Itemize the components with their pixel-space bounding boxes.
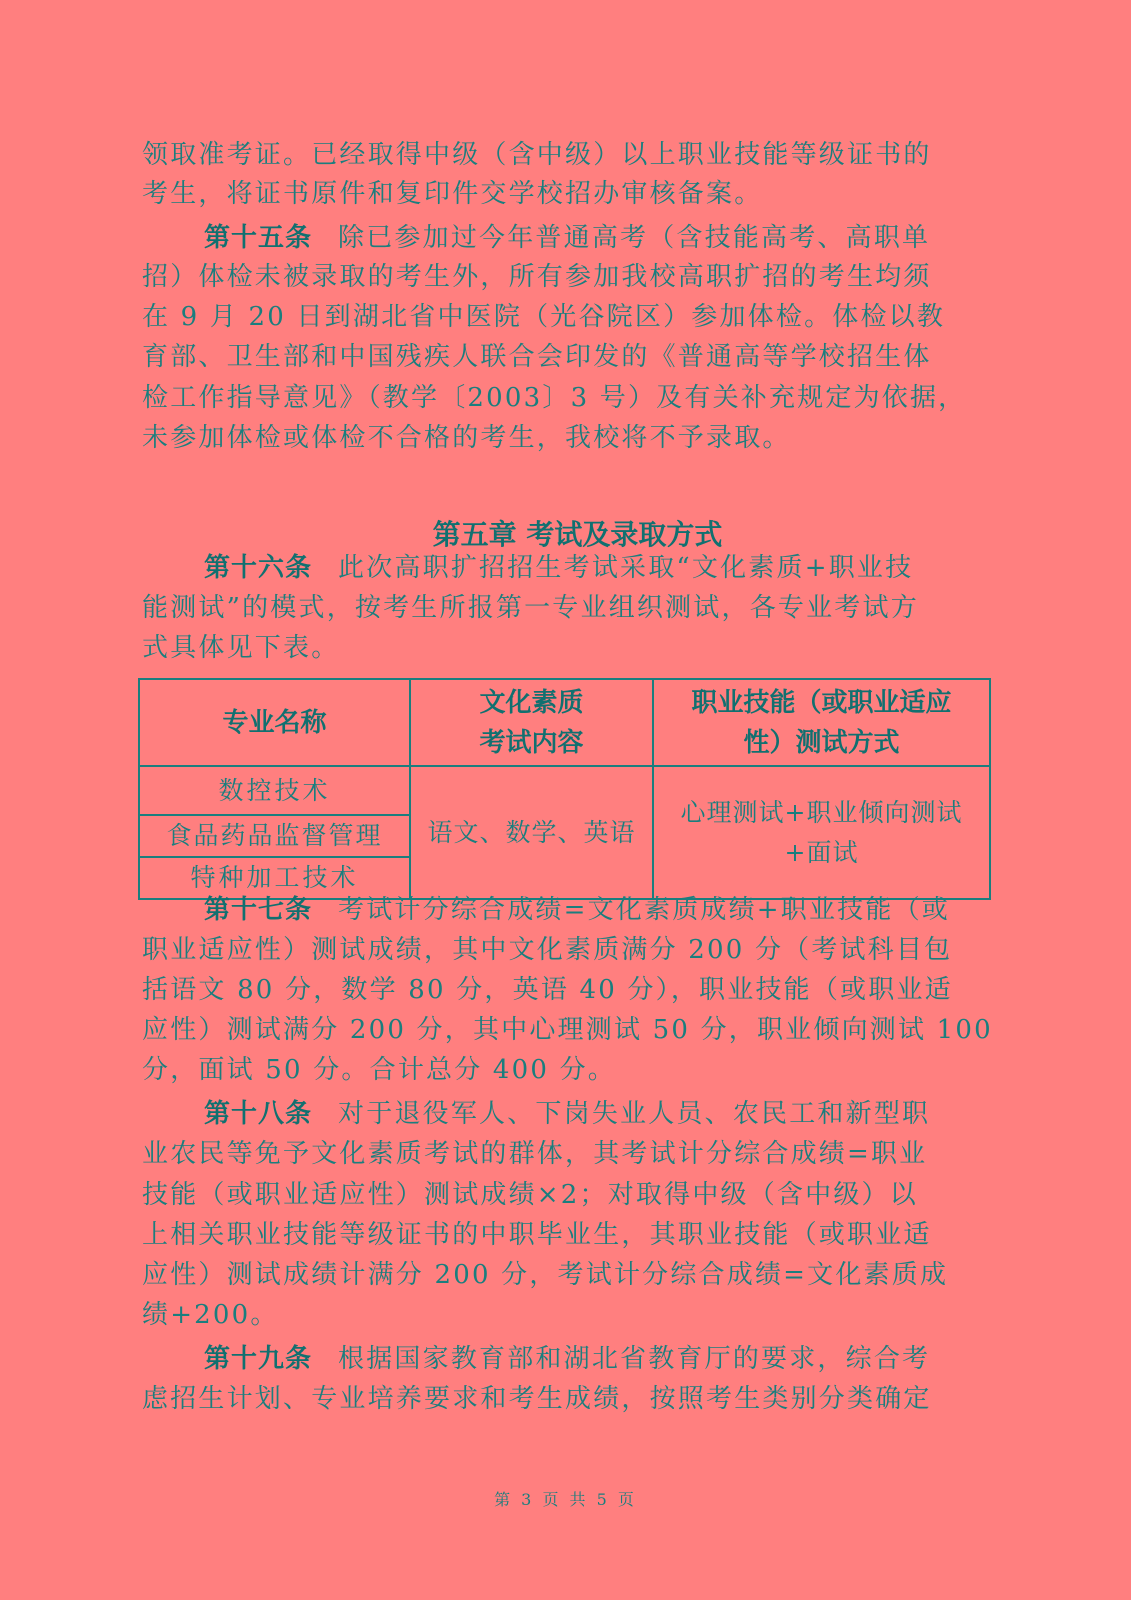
paragraph-line: 技能（或职业适应性）测试成绩×2；对取得中级（含中级）以 (142, 1180, 992, 1210)
article-17-text: 考试计分综合成绩=文化素质成绩+职业技能（或 (338, 895, 950, 925)
paragraph-line: 领取准考证。已经取得中级（含中级）以上职业技能等级证书的 (142, 140, 992, 170)
article-17-label: 第十七条 (204, 895, 312, 925)
chapter-title: 第五章 考试及录取方式 (0, 518, 1131, 552)
article-19-first-line: 第十九条根据国家教育部和湖北省教育厅的要求，综合考 (204, 1344, 1054, 1374)
paragraph-line: 检工作指导意见》（教学〔2003〕3 号）及有关补充规定为依据， (142, 383, 992, 413)
paragraph-line: 能测试”的模式，按考生所报第一专业组织测试，各专业考试方 (142, 593, 992, 623)
article-16-label: 第十六条 (204, 553, 312, 583)
header-culture-exam: 文化素质 考试内容 (410, 679, 653, 766)
paragraph-line: 应性）测试成绩计满分 200 分，考试计分综合成绩=文化素质成 (142, 1260, 992, 1290)
paragraph-line: 绩+200。 (142, 1300, 992, 1330)
article-16-text: 此次高职扩招招生考试采取“文化素质+职业技 (338, 553, 913, 583)
table-row: 数控技术 语文、数学、英语 心理测试+职业倾向测试 +面试 (139, 766, 990, 815)
paragraph-line: 在 9 月 20 日到湖北省中医院（光谷院区）参加体检。体检以教 (142, 302, 992, 332)
article-18-text: 对于退役军人、下岗失业人员、农民工和新型职 (338, 1099, 930, 1129)
paragraph-line: 职业适应性）测试成绩，其中文化素质满分 200 分（考试科目包 (142, 935, 992, 965)
article-18-first-line: 第十八条对于退役军人、下岗失业人员、农民工和新型职 (204, 1099, 1054, 1129)
paragraph-line: 育部、卫生部和中国残疾人联合会印发的《普通高等学校招生体 (142, 342, 992, 372)
paragraph-line: 业农民等免予文化素质考试的群体，其考试计分综合成绩=职业 (142, 1139, 992, 1169)
header-skill-test: 职业技能（或职业适应 性）测试方式 (653, 679, 990, 766)
major-cell: 食品药品监督管理 (139, 815, 410, 857)
paragraph-line: 虑招生计划、专业培养要求和考生成绩，按照考生类别分类确定 (142, 1384, 992, 1414)
article-17-first-line: 第十七条考试计分综合成绩=文化素质成绩+职业技能（或 (204, 895, 1054, 925)
document-page: 领取准考证。已经取得中级（含中级）以上职业技能等级证书的 考生，将证书原件和复印… (0, 0, 1131, 1600)
article-15-text: 除已参加过今年普通高考（含技能高考、高职单 (338, 223, 930, 253)
paragraph-line: 分，面试 50 分。合计总分 400 分。 (142, 1055, 992, 1085)
paragraph-line: 应性）测试满分 200 分，其中心理测试 50 分，职业倾向测试 100 (142, 1015, 992, 1045)
table-header-row: 专业名称 文化素质 考试内容 职业技能（或职业适应 性）测试方式 (139, 679, 990, 766)
exam-method-table: 专业名称 文化素质 考试内容 职业技能（或职业适应 性）测试方式 数控技术 语文… (138, 678, 991, 900)
article-16-first-line: 第十六条此次高职扩招招生考试采取“文化素质+职业技 (204, 553, 1054, 583)
culture-exam-cell: 语文、数学、英语 (410, 766, 653, 899)
article-18-label: 第十八条 (204, 1099, 312, 1129)
page-footer: 第 3 页 共 5 页 (0, 1487, 1131, 1510)
article-15-label: 第十五条 (204, 223, 312, 253)
major-cell: 特种加工技术 (139, 857, 410, 899)
paragraph-line: 式具体见下表。 (142, 633, 992, 663)
paragraph-line: 未参加体检或体检不合格的考生，我校将不予录取。 (142, 423, 992, 453)
paragraph-line: 上相关职业技能等级证书的中职毕业生，其职业技能（或职业适 (142, 1220, 992, 1250)
paragraph-line: 招）体检未被录取的考生外，所有参加我校高职扩招的考生均须 (142, 262, 992, 292)
paragraph-line: 考生，将证书原件和复印件交学校招办审核备案。 (142, 179, 992, 209)
article-15-first-line: 第十五条除已参加过今年普通高考（含技能高考、高职单 (204, 223, 1054, 253)
header-major-name: 专业名称 (139, 679, 410, 766)
article-19-text: 根据国家教育部和湖北省教育厅的要求，综合考 (338, 1344, 930, 1374)
major-cell: 数控技术 (139, 766, 410, 815)
skill-test-cell: 心理测试+职业倾向测试 +面试 (653, 766, 990, 899)
article-19-label: 第十九条 (204, 1344, 312, 1374)
paragraph-line: 括语文 80 分，数学 80 分，英语 40 分），职业技能（或职业适 (142, 975, 992, 1005)
